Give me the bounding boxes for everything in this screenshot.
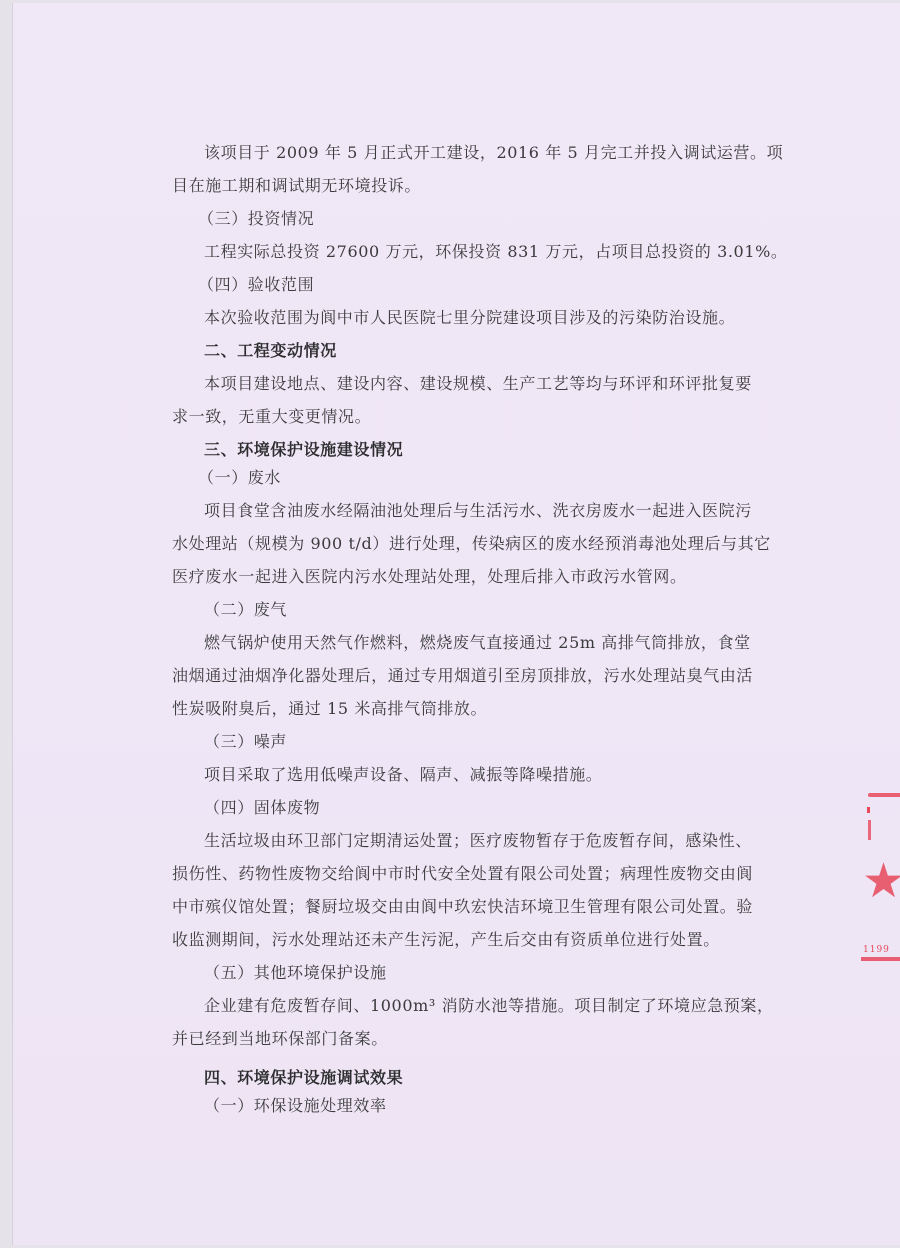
section-heading: （四）固体废物 [204, 798, 320, 818]
section-heading: （二）废气 [204, 600, 287, 620]
chapter-heading: 二、工程变动情况 [204, 341, 337, 361]
stamp-mark [868, 820, 871, 840]
section-heading: （一）废水 [198, 468, 281, 488]
section-heading: （四）验收范围 [198, 275, 314, 295]
paragraph-line: 项目食堂含油废水经隔油池处理后与生活污水、洗衣房废水一起进入医院污 [204, 501, 752, 521]
section-heading: （三）投资情况 [198, 209, 314, 229]
paragraph-line: 工程实际总投资 27600 万元，环保投资 831 万元，占项目总投资的 3.0… [204, 242, 788, 262]
paragraph-line: 损伤性、药物性废物交给阆中市时代安全处置有限公司处置；病理性废物交由阆 [172, 864, 753, 884]
section-heading: （一）环保设施处理效率 [204, 1096, 387, 1116]
paragraph-line: 本次验收范围为阆中市人民医院七里分院建设项目涉及的污染防治设施。 [204, 308, 735, 328]
paragraph-line: 本项目建设地点、建设内容、建设规模、生产工艺等均与环评和环评批复要 [204, 374, 752, 394]
paragraph-line: 医疗废水一起进入医院内污水处理站处理，处理后排入市政污水管网。 [172, 567, 687, 587]
section-heading: （三）噪声 [204, 732, 287, 752]
chapter-heading: 三、环境保护设施建设情况 [204, 440, 403, 460]
star-icon: ★ [862, 857, 900, 905]
paragraph-line: 中市殡仪馆处置；餐厨垃圾交由由阆中玖宏快洁环境卫生管理有限公司处置。验 [172, 897, 753, 917]
paragraph-line: 油烟通过油烟净化器处理后，通过专用烟道引至房顶排放，污水处理站臭气由活 [172, 666, 753, 686]
paragraph-line: 并已经到当地环保部门备案。 [172, 1029, 388, 1049]
stamp-border-top [868, 793, 900, 797]
paragraph-line: 水处理站（规模为 900 t/d）进行处理，传染病区的废水经预消毒池处理后与其它 [172, 534, 771, 554]
section-heading: （五）其他环境保护设施 [204, 963, 387, 983]
paragraph-line: 企业建有危废暂存间、1000m³ 消防水池等措施。项目制定了环境应急预案， [204, 996, 774, 1016]
chapter-heading: 四、环境保护设施调试效果 [204, 1068, 403, 1088]
stamp-mark [867, 807, 870, 813]
stamp-code: 1199 [863, 945, 890, 955]
stamp-border-bottom [861, 957, 900, 961]
document-page: 该项目于 2009 年 5 月正式开工建设，2016 年 5 月完工并投入调试运… [12, 3, 900, 1245]
paragraph-line: 性炭吸附臭后，通过 15 米高排气筒排放。 [172, 699, 487, 719]
red-seal-stamp: ★ 1199 [858, 785, 900, 965]
paragraph-line: 燃气锅炉使用天然气作燃料，燃烧废气直接通过 25m 高排气筒排放，食堂 [204, 633, 751, 653]
paragraph-line: 项目采取了选用低噪声设备、隔声、减振等降噪措施。 [204, 765, 602, 785]
paragraph-line: 该项目于 2009 年 5 月正式开工建设，2016 年 5 月完工并投入调试运… [204, 143, 783, 163]
paragraph-line: 生活垃圾由环卫部门定期清运处置；医疗废物暂存于危废暂存间，感染性、 [204, 831, 752, 851]
paragraph-line: 求一致，无重大变更情况。 [172, 407, 371, 427]
paragraph-line: 目在施工期和调试期无环境投诉。 [172, 176, 421, 196]
paragraph-line: 收监测期间，污水处理站还未产生污泥，产生后交由有资质单位进行处置。 [172, 930, 720, 950]
